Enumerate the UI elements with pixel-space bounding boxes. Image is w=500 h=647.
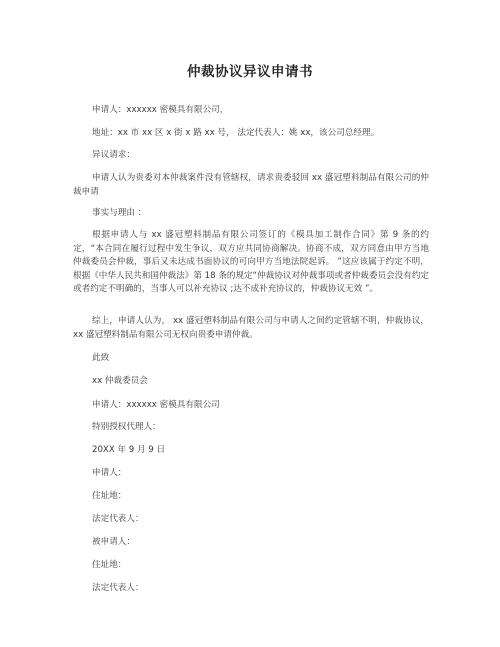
signature-applicant: 申请人：xxxxxx 密模具有限公司 (92, 399, 220, 413)
field-respondent-legal-rep: 法定代表人： (92, 582, 144, 596)
field-respondent-address: 住址地： (92, 559, 126, 573)
document-title: 仲裁协议异议申请书 (0, 60, 500, 80)
field-respondent: 被申请人： (92, 536, 135, 550)
recipient: xx 仲裁委员会 (92, 375, 148, 389)
field-legal-rep: 法定代表人： (92, 513, 144, 527)
objection-heading: 异议请求： (92, 149, 135, 163)
applicant-line: 申请人：xxxxxx 密模具有限公司， (92, 104, 228, 118)
objection-body: 申请人认为贵委对本仲裁案件没有管辖权，请求贵委驳回 xx 盛冠塑料制品有限公司的… (73, 172, 429, 199)
conclusion-body: 综上，申请人认为， xx 盛冠塑料制品有限公司与申请人之间约定管辖不明，仲裁协议… (73, 315, 429, 342)
field-applicant: 申请人： (92, 467, 126, 481)
document-page: 仲裁协议异议申请书 申请人：xxxxxx 密模具有限公司， 地址：xx 市 xx… (0, 0, 500, 647)
address-line: 地址：xx 市 xx 区 x 街 x 路 xx 号， 法定代表人：姚 xx，该公… (92, 127, 379, 141)
facts-body: 根据申请人与 xx 盛冠塑料制品有限公司签订的《模具加工制作合同》第 9 条的约… (73, 229, 429, 297)
closing: 此致 (92, 352, 109, 366)
field-address: 住址地： (92, 490, 126, 504)
date: 20XX 年 9 月 9 日 (92, 444, 165, 458)
facts-heading: 事实与理由 ： (92, 207, 146, 221)
special-agent: 特别授权代理人： (92, 421, 161, 435)
